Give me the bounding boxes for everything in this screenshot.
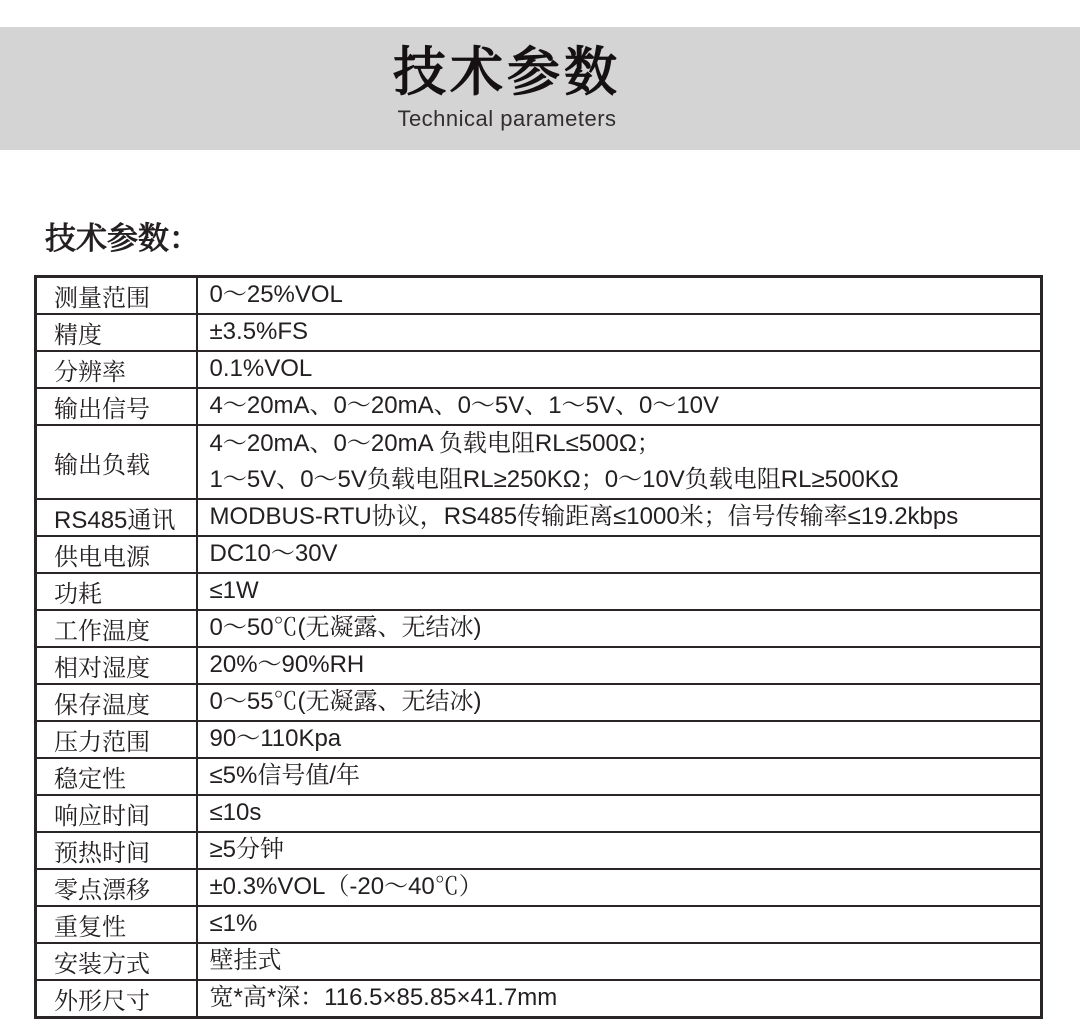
table-row: 压力范围 90～110Kpa: [36, 721, 1042, 758]
table-row: 相对湿度 20%～90%RH: [36, 647, 1042, 684]
param-value-cell: ±0.3%VOL（-20～40℃）: [197, 869, 1042, 906]
param-label-cell: 安装方式: [36, 943, 197, 980]
page-subtitle: Technical parameters: [397, 106, 616, 132]
param-value-cell: ≤1W: [197, 573, 1042, 610]
param-value-line: 0.1%VOL: [210, 355, 1035, 384]
param-label: 分辨率: [54, 359, 126, 386]
param-value-line: 壁挂式: [210, 947, 1035, 976]
param-value-cell: ≤1%: [197, 906, 1042, 943]
params-table-body: 测量范围 0～25%VOL 精度 ±3.5%FS 分辨率 0.1%VOL 输出信…: [36, 277, 1042, 1018]
param-value-cell: 4～20mA、0～20mA 负载电阻RL≤500Ω； 1～5V、0～5V负载电阻…: [197, 425, 1042, 499]
table-row: 稳定性 ≤5%信号值/年: [36, 758, 1042, 795]
param-label-cell: 稳定性: [36, 758, 197, 795]
table-row: 重复性 ≤1%: [36, 906, 1042, 943]
param-value-cell: ≤10s: [197, 795, 1042, 832]
table-row: 精度 ±3.5%FS: [36, 314, 1042, 351]
param-value-cell: 0.1%VOL: [197, 351, 1042, 388]
table-row: 响应时间 ≤10s: [36, 795, 1042, 832]
param-value-cell: ±3.5%FS: [197, 314, 1042, 351]
param-label-cell: 保存温度: [36, 684, 197, 721]
param-label-cell: RS485通讯: [36, 499, 197, 536]
param-label-cell: 预热时间: [36, 832, 197, 869]
params-table: 测量范围 0～25%VOL 精度 ±3.5%FS 分辨率 0.1%VOL 输出信…: [34, 275, 1043, 1019]
param-value-cell: 宽*高*深：116.5×85.85×41.7mm: [197, 980, 1042, 1018]
param-label-cell: 输出信号: [36, 388, 197, 425]
param-value-line: ±3.5%FS: [210, 318, 1035, 347]
param-label-cell: 供电电源: [36, 536, 197, 573]
param-value-line: ≤1%: [210, 910, 1035, 939]
param-label: 重复性: [54, 914, 126, 941]
param-value-cell: DC10～30V: [197, 536, 1042, 573]
param-label: 相对湿度: [54, 655, 150, 682]
param-label-cell: 测量范围: [36, 277, 197, 315]
table-row: RS485通讯 MODBUS-RTU协议，RS485传输距离≤1000米；信号传…: [36, 499, 1042, 536]
param-label: 保存温度: [54, 692, 150, 719]
param-label: 零点漂移: [54, 877, 150, 904]
param-value-cell: 20%～90%RH: [197, 647, 1042, 684]
param-label-cell: 重复性: [36, 906, 197, 943]
param-value-cell: 0～55℃(无凝露、无结冰): [197, 684, 1042, 721]
param-label-cell: 外形尺寸: [36, 980, 197, 1018]
param-value-cell: MODBUS-RTU协议，RS485传输距离≤1000米；信号传输率≤19.2k…: [197, 499, 1042, 536]
param-value-cell: 90～110Kpa: [197, 721, 1042, 758]
param-label: 供电电源: [54, 544, 150, 571]
table-row: 安装方式 壁挂式: [36, 943, 1042, 980]
param-label: 输出信号: [54, 396, 150, 423]
header-banner: 技术参数 Technical parameters: [0, 27, 1080, 150]
param-label: 功耗: [54, 581, 102, 608]
table-row: 功耗 ≤1W: [36, 573, 1042, 610]
param-label: 测量范围: [54, 285, 150, 312]
param-label: 压力范围: [54, 729, 150, 756]
param-value-line: 4～20mA、0～20mA 负载电阻RL≤500Ω；: [210, 426, 1035, 462]
param-label-cell: 功耗: [36, 573, 197, 610]
param-label: 稳定性: [54, 766, 126, 793]
section-heading: 技术参数：: [45, 220, 1080, 257]
param-label-cell: 输出负载: [36, 425, 197, 499]
param-label: 安装方式: [54, 951, 150, 978]
param-label: 响应时间: [54, 803, 150, 830]
param-value-cell: 4～20mA、0～20mA、0～5V、1～5V、0～10V: [197, 388, 1042, 425]
param-value-cell: ≤5%信号值/年: [197, 758, 1042, 795]
param-value-line: ±0.3%VOL（-20～40℃）: [210, 873, 1035, 902]
param-label: 外形尺寸: [54, 988, 150, 1015]
param-label: 预热时间: [54, 840, 150, 867]
param-value-line: 20%～90%RH: [210, 651, 1035, 680]
param-label: RS485通讯: [54, 507, 175, 534]
table-row: 预热时间 ≥5分钟: [36, 832, 1042, 869]
param-value-line: 1～5V、0～5V负载电阻RL≥250KΩ；0～10V负载电阻RL≥500KΩ: [210, 462, 1035, 498]
table-row: 零点漂移 ±0.3%VOL（-20～40℃）: [36, 869, 1042, 906]
param-value-cell: 0～25%VOL: [197, 277, 1042, 315]
param-value-line: ≤5%信号值/年: [210, 762, 1035, 791]
param-value-line: 宽*高*深：116.5×85.85×41.7mm: [210, 984, 1035, 1013]
table-row: 输出负载 4～20mA、0～20mA 负载电阻RL≤500Ω； 1～5V、0～5…: [36, 425, 1042, 499]
table-row: 输出信号 4～20mA、0～20mA、0～5V、1～5V、0～10V: [36, 388, 1042, 425]
param-label-cell: 相对湿度: [36, 647, 197, 684]
page-title: 技术参数: [393, 45, 621, 101]
param-label-cell: 响应时间: [36, 795, 197, 832]
param-label: 工作温度: [54, 618, 150, 645]
table-row: 供电电源 DC10～30V: [36, 536, 1042, 573]
param-label-cell: 精度: [36, 314, 197, 351]
param-label-cell: 工作温度: [36, 610, 197, 647]
param-value-line: 4～20mA、0～20mA、0～5V、1～5V、0～10V: [210, 392, 1035, 421]
param-value-line: ≥5分钟: [210, 836, 1035, 865]
param-value-line: 0～25%VOL: [210, 281, 1035, 310]
param-label-cell: 零点漂移: [36, 869, 197, 906]
param-value-cell: ≥5分钟: [197, 832, 1042, 869]
table-row: 保存温度 0～55℃(无凝露、无结冰): [36, 684, 1042, 721]
param-label: 输出负载: [54, 452, 150, 479]
param-value-line: ≤1W: [210, 577, 1035, 606]
table-row: 分辨率 0.1%VOL: [36, 351, 1042, 388]
table-row: 测量范围 0～25%VOL: [36, 277, 1042, 315]
param-label-cell: 压力范围: [36, 721, 197, 758]
param-value-line: MODBUS-RTU协议，RS485传输距离≤1000米；信号传输率≤19.2k…: [210, 503, 1035, 532]
table-row: 外形尺寸 宽*高*深：116.5×85.85×41.7mm: [36, 980, 1042, 1018]
param-value-line: ≤10s: [210, 799, 1035, 828]
param-value-cell: 壁挂式: [197, 943, 1042, 980]
param-label: 精度: [54, 322, 102, 349]
param-value-line: DC10～30V: [210, 540, 1035, 569]
table-row: 工作温度 0～50℃(无凝露、无结冰): [36, 610, 1042, 647]
param-value-line: 0～50℃(无凝露、无结冰): [210, 614, 1035, 643]
param-value-line: 0～55℃(无凝露、无结冰): [210, 688, 1035, 717]
param-value-line: 90～110Kpa: [210, 725, 1035, 754]
param-label-cell: 分辨率: [36, 351, 197, 388]
param-value-cell: 0～50℃(无凝露、无结冰): [197, 610, 1042, 647]
